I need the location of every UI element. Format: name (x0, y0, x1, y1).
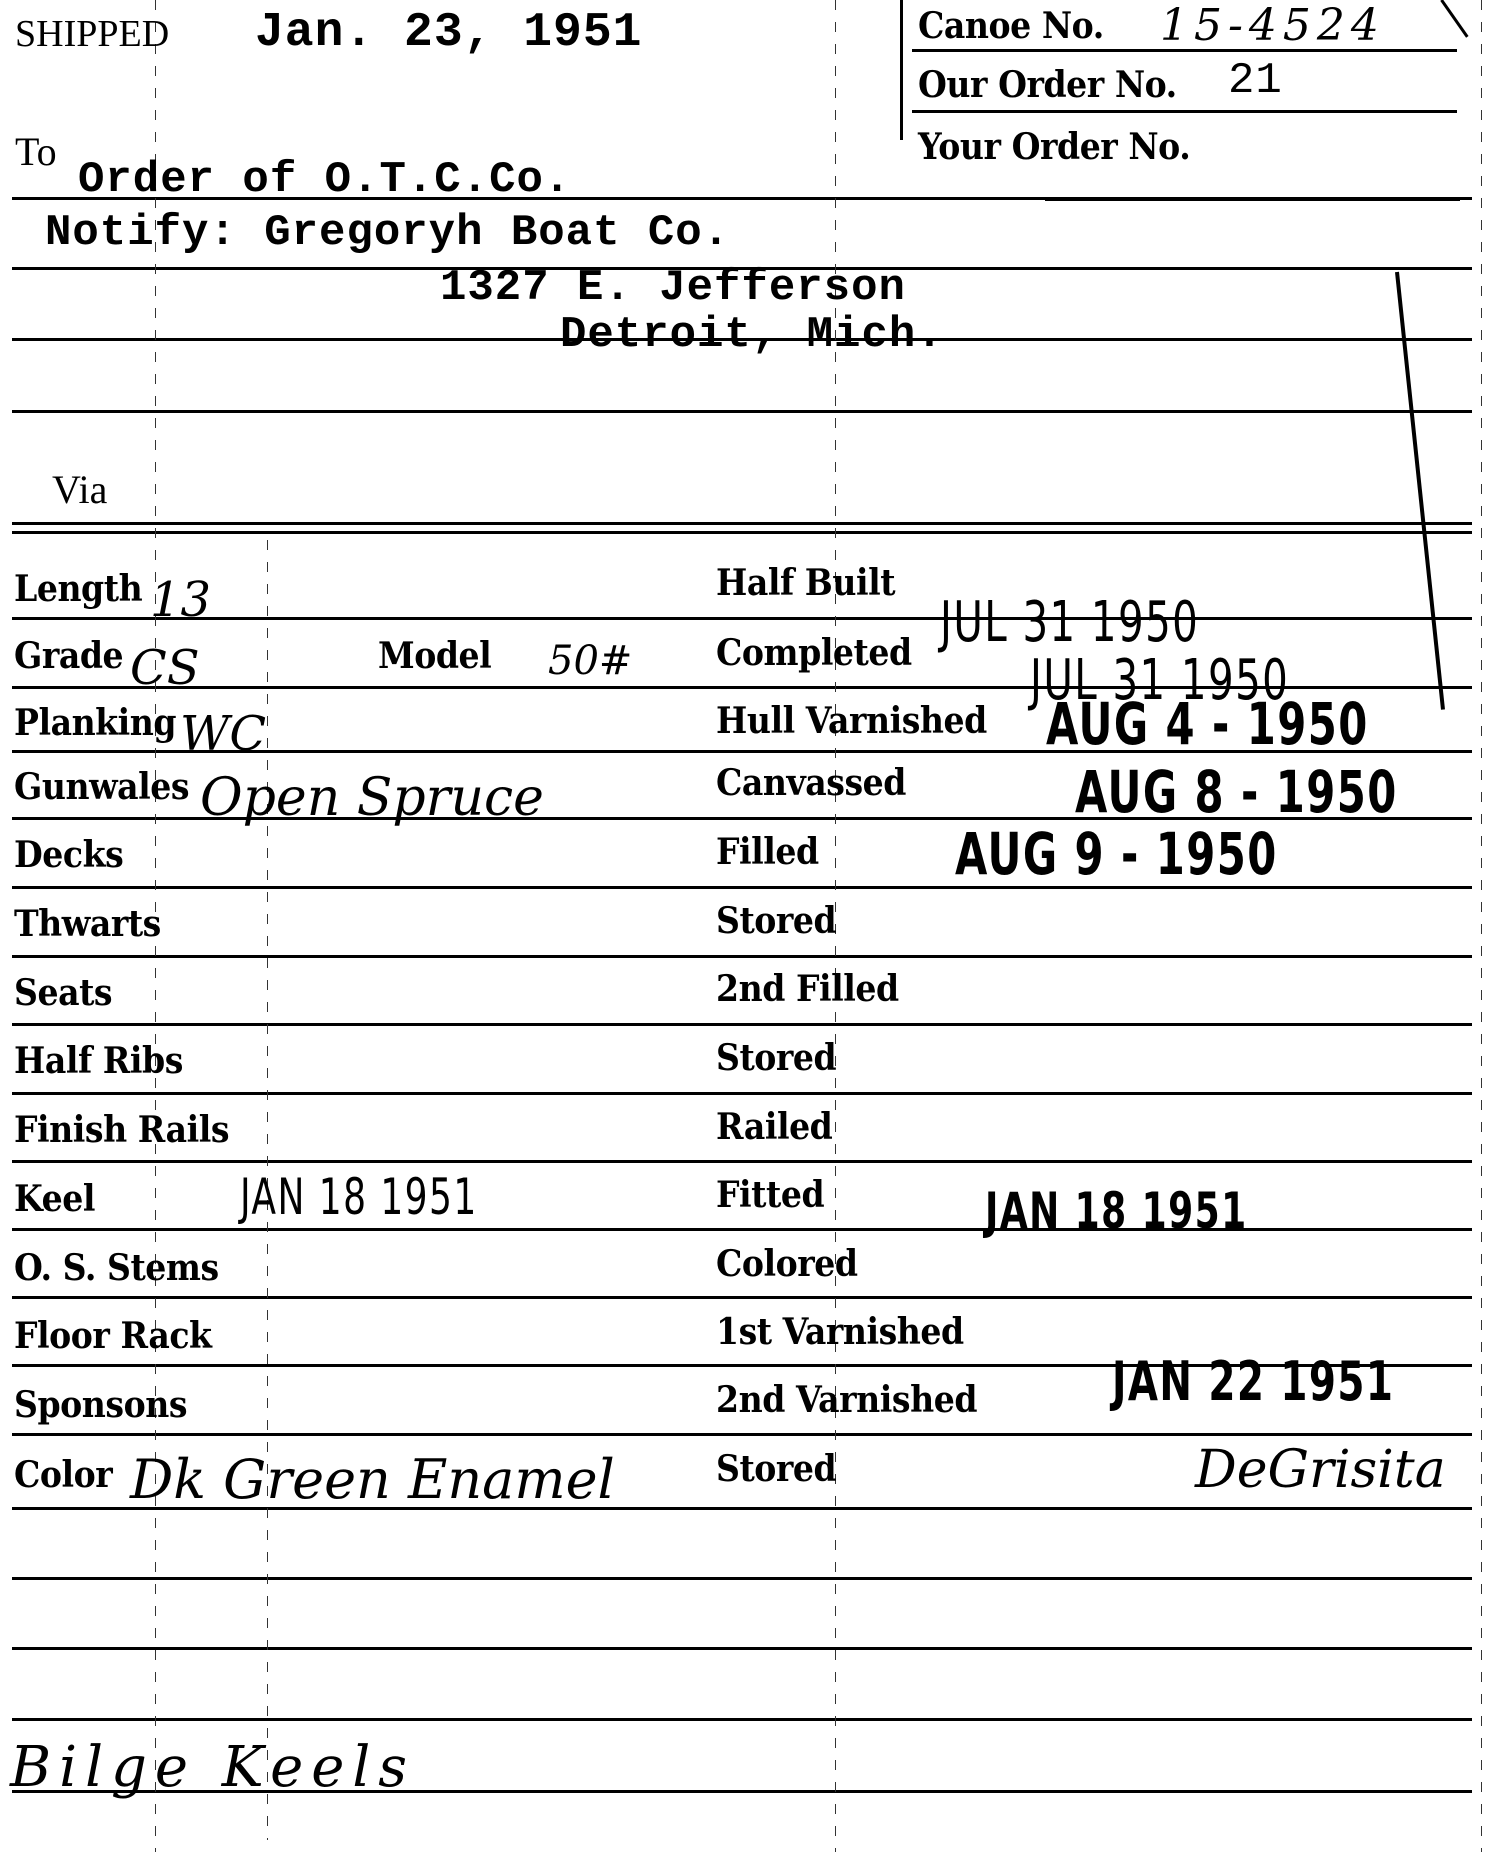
shipped-date: Jan. 23, 1951 (255, 6, 642, 60)
finish-rails-label: Finish Rails (14, 1109, 229, 1151)
canvassed-label: Canvassed (716, 762, 906, 804)
rule-via-bottom (12, 531, 1472, 534)
gunwales-label: Gunwales (14, 766, 189, 808)
rule-row-15 (12, 1577, 1472, 1580)
bottom-note: Bilge Keels (10, 1735, 415, 1800)
grade-label: Grade (14, 635, 123, 677)
railed-label: Railed (716, 1106, 832, 1148)
seats-label: Seats (14, 972, 112, 1014)
our-order-value: 21 (1228, 56, 1283, 106)
canoe-no-label: Canoe No. (918, 5, 1104, 47)
rule-via-top (12, 522, 1472, 525)
stored-1-label: Stored (716, 900, 836, 942)
inspector-signature: DeGrisita (1195, 1440, 1446, 1500)
column-guide (1481, 0, 1482, 1852)
half-ribs-label: Half Ribs (14, 1040, 183, 1082)
thwarts-label: Thwarts (14, 903, 161, 945)
second-varnished-label: 2nd Varnished (716, 1379, 977, 1421)
keel-label: Keel (14, 1178, 95, 1220)
rule-row-10 (12, 1228, 1472, 1231)
canoe-build-record-card: SHIPPED Jan. 23, 1951 To Order of O.T.C.… (0, 0, 1488, 1852)
colored-label: Colored (716, 1243, 858, 1285)
order-box-left-border (900, 0, 903, 140)
to-label: To (15, 128, 57, 175)
rule-our-order (912, 110, 1457, 113)
rule-row-11 (12, 1296, 1472, 1299)
sponsons-label: Sponsons (14, 1384, 187, 1426)
hull-varnished-date-stamp: AUG 4 - 1950 (1046, 690, 1369, 758)
second-varnished-date-stamp: JAN 22 1951 (1112, 1350, 1394, 1413)
filled-label: Filled (716, 831, 819, 873)
rule-address2 (12, 410, 1472, 413)
length-value: 13 (150, 572, 211, 628)
handwritten-check-mark (1440, 0, 1468, 38)
half-built-date-stamp: JUL 31 1950 (940, 590, 1199, 655)
canoe-no-value: 15-4524 (1160, 0, 1385, 51)
to-value: Order of O.T.C.Co. (78, 155, 571, 205)
rule-row-13 (12, 1433, 1472, 1436)
grade-value: CS (130, 640, 200, 696)
color-label: Color (14, 1454, 112, 1496)
first-varnished-label: 1st Varnished (716, 1311, 964, 1353)
color-value: Dk Green Enamel (130, 1448, 615, 1511)
rule-row-7 (12, 1023, 1472, 1026)
half-built-label: Half Built (716, 562, 895, 604)
stored-2-label: Stored (716, 1037, 836, 1079)
floor-rack-label: Floor Rack (14, 1315, 212, 1357)
our-order-label: Our Order No. (918, 64, 1177, 106)
rule-row-6 (12, 955, 1472, 958)
your-order-label: Your Order No. (918, 126, 1190, 168)
stored-3-label: Stored (716, 1448, 836, 1490)
fitted-label: Fitted (716, 1174, 824, 1216)
planking-label: Planking (14, 702, 176, 744)
filled-date-stamp: AUG 9 - 1950 (955, 820, 1278, 888)
address-line-1: 1327 E. Jefferson (440, 263, 906, 313)
fitted-date-stamp: JAN 18 1951 (985, 1182, 1248, 1240)
model-value: 50# (548, 638, 632, 684)
canvassed-date-stamp: AUG 8 - 1950 (1075, 758, 1398, 826)
notify-line: Notify: Gregoryh Boat Co. (45, 208, 730, 258)
rule-row-8 (12, 1092, 1472, 1095)
rule-your-order (1045, 198, 1460, 201)
second-filled-label: 2nd Filled (716, 968, 899, 1010)
gunwales-value: Open Spruce (200, 768, 544, 828)
completed-label: Completed (716, 632, 912, 674)
rule-row-17 (12, 1718, 1472, 1721)
shipped-label: SHIPPED (15, 12, 169, 56)
rule-row-16 (12, 1647, 1472, 1650)
planking-value: WC (180, 706, 266, 762)
length-label: Length (14, 568, 142, 610)
keel-date-stamp: JAN 18 1951 (240, 1168, 478, 1226)
address-line-2: Detroit, Mich. (560, 310, 944, 360)
model-label: Model (378, 635, 491, 677)
os-stems-label: O. S. Stems (14, 1247, 219, 1289)
decks-label: Decks (14, 834, 123, 876)
via-label: Via (52, 466, 107, 513)
hull-varnished-label: Hull Varnished (716, 700, 987, 742)
rule-row-9 (12, 1160, 1472, 1163)
rule-row-1 (12, 617, 1472, 620)
